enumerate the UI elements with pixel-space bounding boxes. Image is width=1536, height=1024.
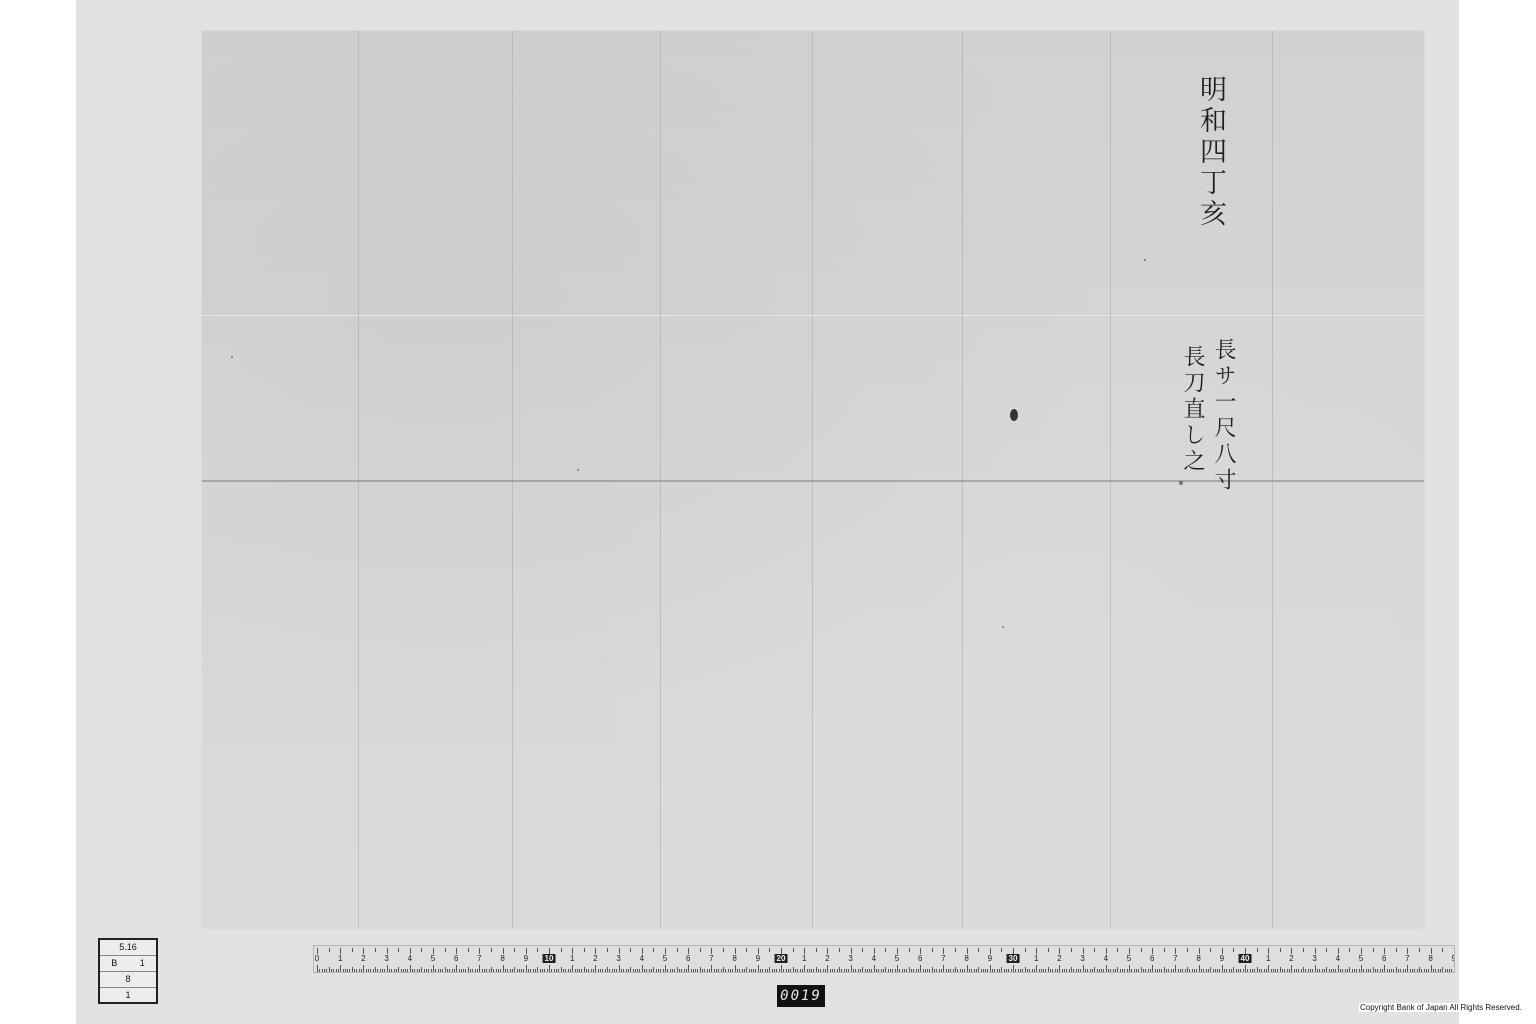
ruler-tick (793, 967, 794, 972)
ruler-tick (561, 948, 562, 952)
ruler-tick (1041, 969, 1042, 972)
ruler-tick (844, 969, 845, 972)
ruler-tick (957, 969, 958, 972)
ruler-tick (1243, 969, 1244, 972)
ruler-label: 40 (1239, 954, 1252, 963)
ruler-tick (987, 969, 988, 972)
ruler-tick (482, 969, 483, 972)
ruler-label: 5 (431, 954, 435, 963)
ruler-tick (426, 969, 427, 972)
ruler-tick (811, 969, 812, 972)
ruler-tick (540, 969, 541, 972)
copyright-notice: Copyright Bank of Japan All Rights Reser… (1359, 1003, 1523, 1012)
ruler-tick (377, 969, 378, 972)
ruler-tick (1110, 969, 1111, 972)
ruler-tick (649, 969, 650, 972)
ruler-tick (983, 969, 984, 972)
ruler-tick (1069, 969, 1070, 972)
ruler-tick (417, 969, 418, 972)
ruler-tick (1152, 965, 1153, 972)
ruler-tick (1291, 965, 1292, 972)
ruler-tick (523, 969, 524, 972)
ruler-tick (612, 969, 613, 972)
ruler-tick (913, 969, 914, 972)
ruler-tick (1389, 969, 1390, 972)
ruler-tick (1308, 969, 1309, 972)
ruler-tick (800, 969, 801, 972)
ruler-tick (407, 969, 408, 972)
ruler-tick (1407, 965, 1408, 972)
ruler-tick (1078, 969, 1079, 972)
catalog-card-row: 1 (100, 988, 156, 1003)
ruler-tick (505, 969, 506, 972)
ruler-tick (725, 969, 726, 972)
ruler-tick (363, 965, 364, 972)
ruler-tick (718, 969, 719, 972)
ruler-tick (1310, 969, 1311, 972)
ruler-tick (1106, 965, 1107, 972)
ruler-tick (1157, 969, 1158, 972)
ruler-tick (343, 969, 344, 972)
ink-stain (1010, 409, 1018, 421)
ruler-tick (704, 969, 705, 972)
ruler-tick (1215, 969, 1216, 972)
ruler-tick (549, 965, 550, 972)
ruler-tick (468, 967, 469, 972)
ruler-tick (373, 969, 374, 972)
ruler-tick (1268, 965, 1269, 972)
ruler-tick (881, 969, 882, 972)
ruler-tick (1043, 969, 1044, 972)
ruler-tick (459, 969, 460, 972)
ink-speck (1179, 481, 1183, 485)
ruler-tick (909, 948, 910, 952)
ruler-tick (746, 967, 747, 972)
ruler-label: 5 (1127, 954, 1131, 963)
ruler-tick (700, 948, 701, 952)
ruler-tick (1305, 969, 1306, 972)
ruler-tick (744, 969, 745, 972)
ruler-tick (862, 967, 863, 972)
ruler-label: 9 (756, 954, 760, 963)
ruler-label: 10 (543, 954, 556, 963)
ruler-tick (514, 967, 515, 972)
ruler-tick (862, 948, 863, 952)
ruler-label: 2 (1057, 954, 1061, 963)
ruler-tick (1090, 969, 1091, 972)
ruler-tick (1273, 969, 1274, 972)
ruler-tick (1148, 969, 1149, 972)
ruler-tick (447, 969, 448, 972)
ruler-tick (1284, 969, 1285, 972)
ruler-tick (445, 967, 446, 972)
fold-line-vertical (962, 31, 963, 928)
ruler-tick (324, 969, 325, 972)
ruler-tick (1442, 967, 1443, 972)
ruler-label: 7 (1173, 954, 1177, 963)
ruler-tick (1442, 948, 1443, 952)
ruler-tick (491, 948, 492, 952)
ruler-tick (895, 969, 896, 972)
ink-speck (1144, 259, 1146, 261)
ruler-tick (558, 969, 559, 972)
ruler-tick (695, 969, 696, 972)
ruler-tick (1370, 969, 1371, 972)
ruler-tick (336, 969, 337, 972)
ruler-tick (1340, 969, 1341, 972)
ruler-tick (1280, 948, 1281, 952)
ruler-tick (1213, 969, 1214, 972)
ruler-tick (1101, 969, 1102, 972)
ruler-tick (1141, 948, 1142, 952)
fold-line-vertical (812, 31, 813, 928)
ruler-tick (1185, 969, 1186, 972)
ruler-tick (1250, 969, 1251, 972)
catalog-card-cell: 1 (140, 956, 145, 971)
ruler-tick (1129, 965, 1130, 972)
ruler-tick (1349, 967, 1350, 972)
ruler-tick (1217, 969, 1218, 972)
ruler-tick (714, 969, 715, 972)
length-inscription-left: 長刀直し之 (1180, 345, 1204, 475)
ruler-tick (621, 969, 622, 972)
ruler-tick (762, 969, 763, 972)
ruler-tick (1099, 969, 1100, 972)
ruler-tick (635, 969, 636, 972)
ruler-tick (359, 969, 360, 972)
ruler-tick (1178, 969, 1179, 972)
ruler-tick (607, 948, 608, 952)
ruler-tick (1073, 969, 1074, 972)
ruler-tick (468, 948, 469, 952)
ruler-tick (902, 969, 903, 972)
ruler-tick (876, 969, 877, 972)
ruler-tick (414, 969, 415, 972)
ruler-tick (1131, 969, 1132, 972)
ruler-tick (658, 969, 659, 972)
ruler-tick (1187, 948, 1188, 952)
ruler-tick (498, 969, 499, 972)
ruler-tick (575, 969, 576, 972)
ruler-tick (920, 965, 921, 972)
ruler-tick (721, 969, 722, 972)
ruler-tick (923, 969, 924, 972)
ruler-tick (1168, 969, 1169, 972)
ruler-tick (1161, 969, 1162, 972)
ruler-label: 9 (524, 954, 528, 963)
ruler-tick (507, 969, 508, 972)
ruler-tick (841, 969, 842, 972)
ruler-tick (565, 969, 566, 972)
ruler-tick (735, 965, 736, 972)
ruler-tick (1419, 948, 1420, 952)
ruler-tick (790, 969, 791, 972)
ruler-tick (1245, 965, 1246, 972)
ruler-tick (642, 965, 643, 972)
ruler-label: 9 (1220, 954, 1224, 963)
ruler-tick (572, 965, 573, 972)
ruler-tick (1261, 969, 1262, 972)
ruler-tick (1020, 969, 1021, 972)
ruler-tick (837, 969, 838, 972)
ruler-tick (769, 967, 770, 972)
ruler-label: 1 (1034, 954, 1038, 963)
ruler-tick (865, 969, 866, 972)
ruler-tick (871, 969, 872, 972)
ruler-tick (380, 969, 381, 972)
ruler-tick (749, 969, 750, 972)
ruler-tick (1108, 969, 1109, 972)
ruler-tick (630, 948, 631, 952)
ruler-tick (421, 948, 422, 952)
ruler-tick (941, 969, 942, 972)
ruler-tick (396, 969, 397, 972)
ruler-label: 3 (1312, 954, 1316, 963)
ruler-tick (519, 969, 520, 972)
ruler-label: 6 (1150, 954, 1154, 963)
ruler-tick (322, 969, 323, 972)
ruler-tick (950, 969, 951, 972)
ruler-tick (1039, 969, 1040, 972)
ruler-tick (1219, 969, 1220, 972)
ruler-tick (424, 969, 425, 972)
ruler-tick (554, 969, 555, 972)
ruler-tick (897, 965, 898, 972)
ruler-tick (431, 969, 432, 972)
ruler-tick (1080, 969, 1081, 972)
ruler-label: 30 (1007, 954, 1020, 963)
ruler-tick (927, 969, 928, 972)
ruler-tick (1117, 967, 1118, 972)
ruler-tick (1414, 969, 1415, 972)
ruler-tick (688, 965, 689, 972)
ruler-tick (345, 969, 346, 972)
ruler-tick (1203, 969, 1204, 972)
ruler-tick (686, 969, 687, 972)
ruler-label: 6 (686, 954, 690, 963)
ruler-tick (570, 969, 571, 972)
length-inscription-right: 長サ一尺八寸 (1211, 338, 1235, 494)
ruler-tick (1087, 969, 1088, 972)
ruler-tick (1238, 969, 1239, 972)
ruler-tick (326, 969, 327, 972)
ruler-tick (1057, 969, 1058, 972)
ruler-tick (795, 969, 796, 972)
ruler-tick (584, 967, 585, 972)
fold-line-horizontal (202, 480, 1424, 482)
ruler-label: 8 (1428, 954, 1432, 963)
ruler-tick (1387, 969, 1388, 972)
ruler-tick (1034, 969, 1035, 972)
ruler-tick (1287, 969, 1288, 972)
ruler-tick (1141, 967, 1142, 972)
ruler-tick (461, 969, 462, 972)
ruler-tick (361, 969, 362, 972)
ruler-tick (1257, 948, 1258, 952)
ruler-tick (730, 969, 731, 972)
ruler-tick (890, 969, 891, 972)
ruler-tick (605, 969, 606, 972)
ruler-label: 1 (338, 954, 342, 963)
ruler-tick (1231, 969, 1232, 972)
ruler-tick (526, 965, 527, 972)
ruler-tick (1431, 965, 1432, 972)
ruler-tick (769, 948, 770, 952)
ruler-tick (832, 969, 833, 972)
ruler-tick (1426, 969, 1427, 972)
ruler-tick (1298, 969, 1299, 972)
ruler-tick (1127, 969, 1128, 972)
ruler-tick (563, 969, 564, 972)
ruler-tick (1062, 969, 1063, 972)
ruler-tick (421, 967, 422, 972)
fold-line-vertical (358, 31, 359, 928)
ruler-tick (760, 969, 761, 972)
ruler-tick (639, 969, 640, 972)
ruler-tick (878, 969, 879, 972)
ruler-tick (711, 965, 712, 972)
ruler-tick (1022, 969, 1023, 972)
ruler-tick (628, 969, 629, 972)
ruler-tick (1055, 969, 1056, 972)
ruler-label: 2 (1289, 954, 1293, 963)
ruler-tick (1315, 965, 1316, 972)
ruler-tick (619, 965, 620, 972)
ruler-tick (723, 967, 724, 972)
ruler-tick (967, 965, 968, 972)
fold-line-vertical (512, 31, 513, 928)
ruler-label: 20 (775, 954, 788, 963)
ruler-tick (999, 969, 1000, 972)
ruler-tick (1233, 948, 1234, 952)
ruler-tick (465, 969, 466, 972)
ruler-label: 0 (315, 954, 319, 963)
ruler-tick (1280, 967, 1281, 972)
ruler-tick (1222, 965, 1223, 972)
ruler-tick (1201, 969, 1202, 972)
ruler-tick (672, 969, 673, 972)
ruler-tick (593, 969, 594, 972)
ruler-tick (1412, 969, 1413, 972)
ruler-tick (788, 969, 789, 972)
ruler-tick (809, 969, 810, 972)
ruler-tick (994, 969, 995, 972)
ruler-tick (496, 969, 497, 972)
ruler-tick (1175, 965, 1176, 972)
ruler-tick (403, 969, 404, 972)
ruler-tick (500, 969, 501, 972)
ruler-tick (633, 969, 634, 972)
ruler-label: 4 (1104, 954, 1108, 963)
ruler-tick (433, 965, 434, 972)
ruler-tick (607, 967, 608, 972)
ink-speck (231, 356, 233, 358)
ruler-tick (885, 948, 886, 952)
ruler-tick (456, 965, 457, 972)
ruler-tick (1180, 969, 1181, 972)
frame-counter: 0019 (777, 985, 825, 1007)
ruler-label: 6 (454, 954, 458, 963)
ruler-tick (974, 969, 975, 972)
ruler-tick (331, 969, 332, 972)
ruler-label: 6 (1382, 954, 1386, 963)
ruler-tick (533, 969, 534, 972)
ruler-tick (1187, 967, 1188, 972)
ruler-tick (440, 969, 441, 972)
ruler-tick (960, 969, 961, 972)
ruler-tick (1122, 969, 1123, 972)
ruler-tick (595, 965, 596, 972)
ruler-tick (816, 948, 817, 952)
ruler-tick (435, 969, 436, 972)
ruler-tick (874, 965, 875, 972)
ruler-tick (1027, 969, 1028, 972)
ruler-tick (962, 969, 963, 972)
ruler-tick (598, 969, 599, 972)
ruler-tick (1254, 969, 1255, 972)
ruler-tick (656, 969, 657, 972)
ruler-label: 7 (1405, 954, 1409, 963)
ruler-tick (1359, 969, 1360, 972)
ruler-tick (1398, 969, 1399, 972)
ruler-tick (475, 969, 476, 972)
ruler-tick (1071, 948, 1072, 952)
ruler-tick (1097, 969, 1098, 972)
ruler-tick (860, 969, 861, 972)
ruler-tick (354, 969, 355, 972)
ruler-tick (779, 969, 780, 972)
ruler-tick (978, 948, 979, 952)
ruler-tick (1303, 948, 1304, 952)
ruler-tick (1368, 969, 1369, 972)
ruler-tick (855, 969, 856, 972)
ruler-tick (489, 969, 490, 972)
catalog-card-row: B 1 (100, 956, 156, 972)
ruler-label: 5 (1359, 954, 1363, 963)
ruler-tick (1015, 969, 1016, 972)
ruler-tick (1094, 967, 1095, 972)
ruler-tick (1271, 969, 1272, 972)
ruler-tick (1013, 965, 1014, 972)
ruler-tick (544, 969, 545, 972)
ruler-tick (772, 969, 773, 972)
ruler-tick (1182, 969, 1183, 972)
ruler-tick (1440, 969, 1441, 972)
ruler-tick (463, 969, 464, 972)
date-inscription: 明和四丁亥 (1195, 75, 1225, 230)
ruler-tick (1345, 969, 1346, 972)
ruler-tick (1326, 948, 1327, 952)
ruler-tick (1301, 969, 1302, 972)
ruler-label: 1 (802, 954, 806, 963)
ruler-tick (1312, 969, 1313, 972)
ruler-label: 7 (477, 954, 481, 963)
ruler-tick (802, 969, 803, 972)
ruler-tick (1208, 969, 1209, 972)
ruler-tick (918, 969, 919, 972)
ruler-tick (405, 969, 406, 972)
ink-speck (577, 469, 579, 471)
ruler-tick (514, 948, 515, 952)
ruler-tick (412, 969, 413, 972)
ruler-tick (1349, 948, 1350, 952)
ruler-tick (1449, 969, 1450, 972)
ruler-tick (1282, 969, 1283, 972)
ruler-tick (1264, 969, 1265, 972)
ruler-tick (1356, 969, 1357, 972)
ruler-tick (1001, 967, 1002, 972)
ruler-tick (384, 969, 385, 972)
